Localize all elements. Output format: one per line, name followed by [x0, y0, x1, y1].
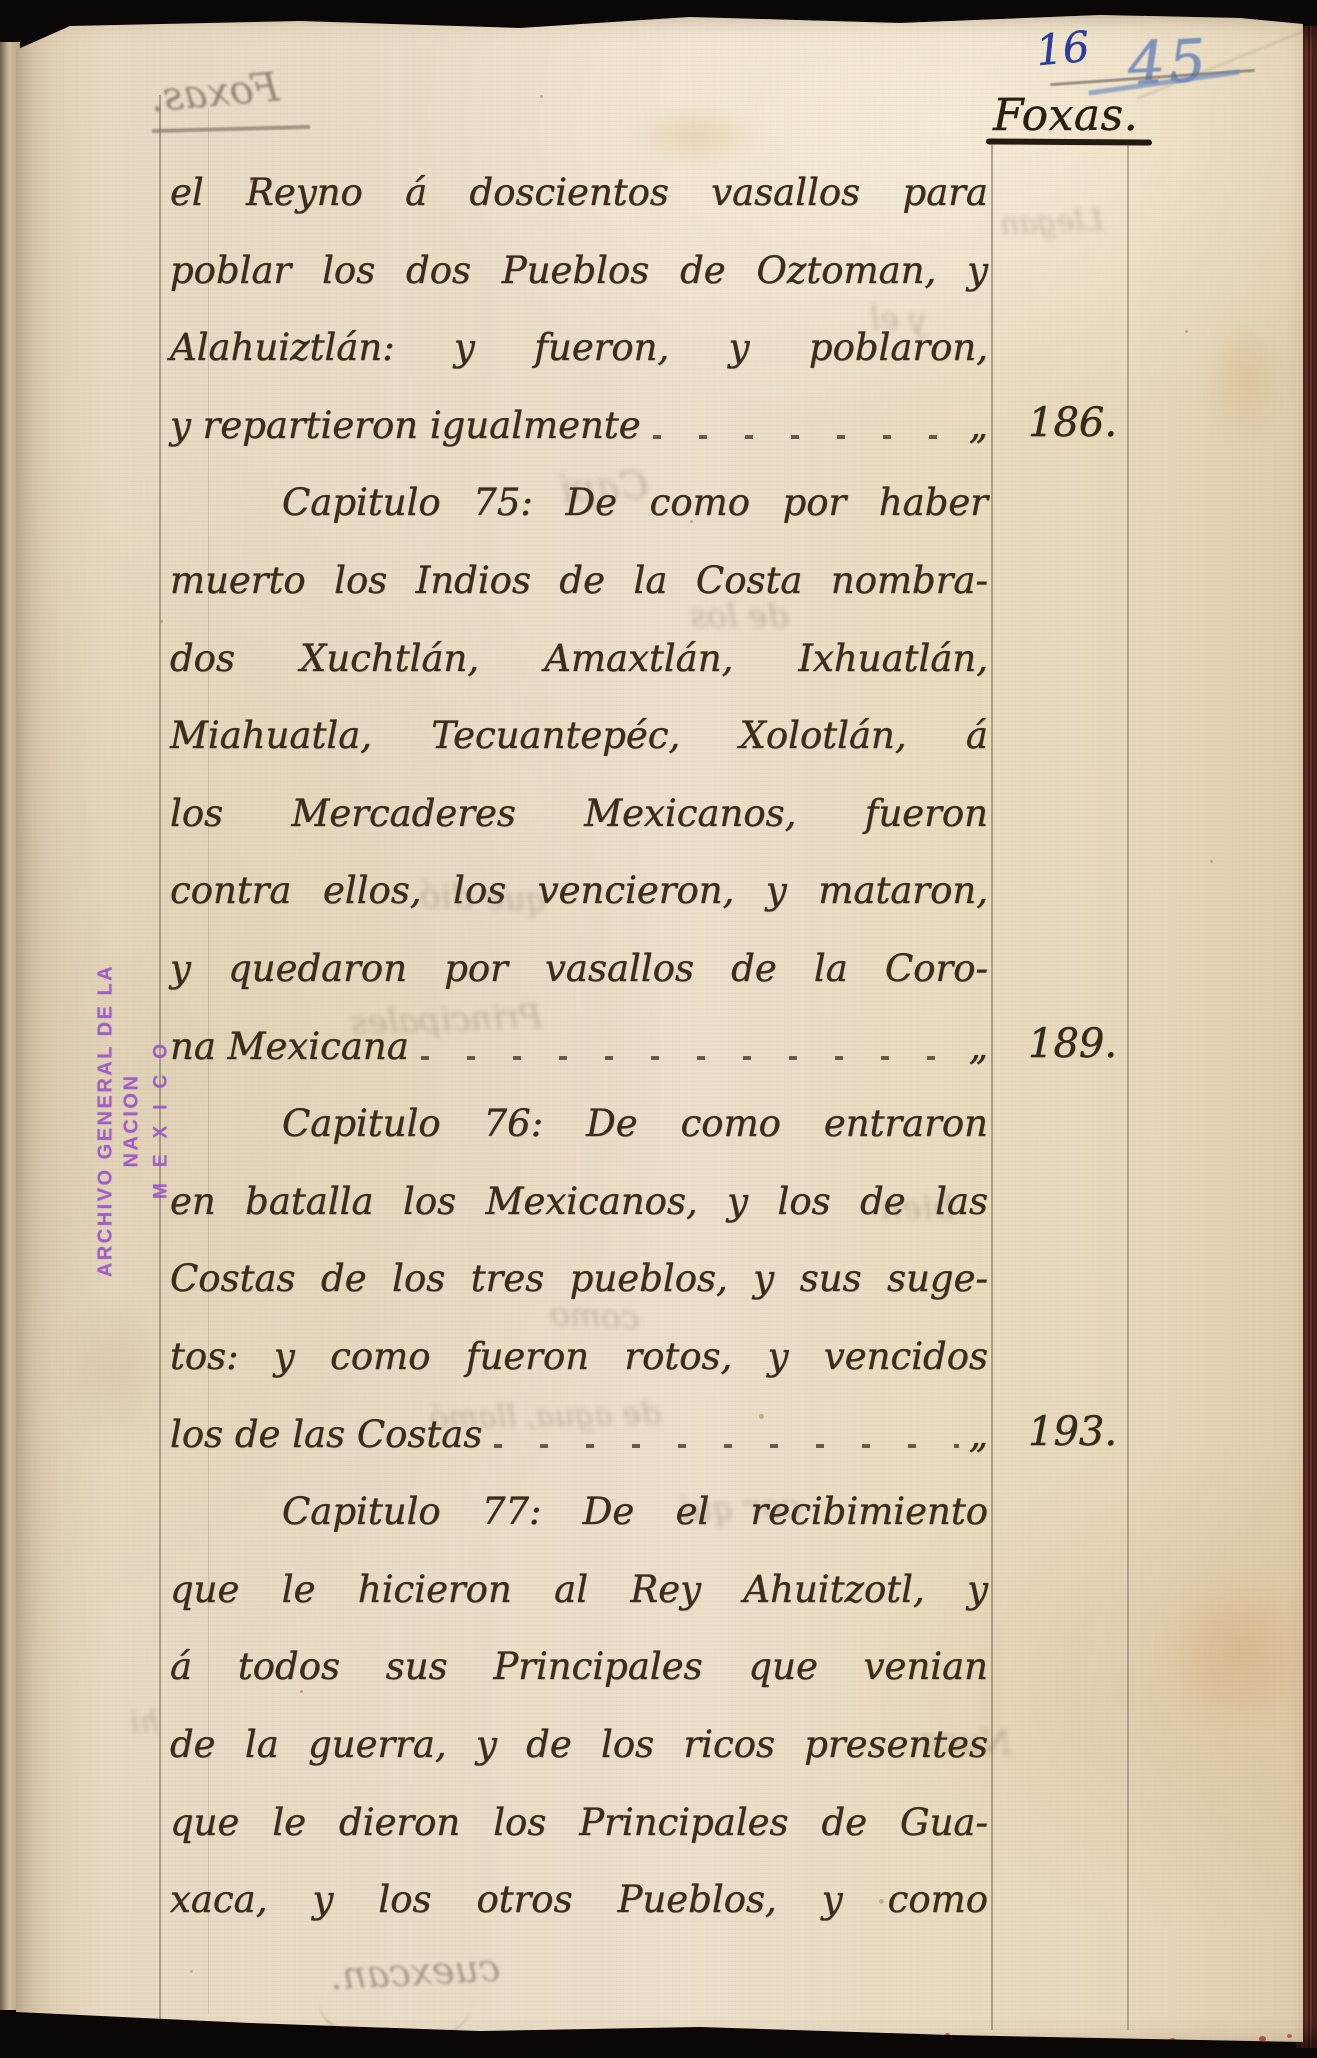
toc-line-text: na Mexicana	[170, 1024, 409, 1070]
stain	[600, 96, 790, 176]
toc-line: y repartieron igualmente„	[170, 403, 988, 449]
page-number: 189.	[1028, 1021, 1140, 1067]
stain	[1130, 1540, 1317, 1760]
bleed-through-ghost: hi	[130, 1705, 159, 1740]
leader-tail-mark: „	[969, 1024, 988, 1070]
mirrored-foxas-underline-bleed	[152, 125, 310, 133]
folio-number-blue: 16	[1034, 22, 1092, 75]
toc-line: que le dieron los Principales de Gua-	[170, 1800, 988, 1846]
toc-line: contra ellos, los vencieron, y mataron,	[170, 868, 988, 914]
toc-line: muerto los Indios de la Costa nombra-	[170, 558, 988, 604]
leader-tail-mark: „	[969, 1412, 988, 1458]
toc-line: dos Xuchtlán, Amaxtlán, Ixhuatlán,	[170, 636, 988, 682]
toc-line: Alahuiztlán: y fueron, y poblaron,	[170, 325, 988, 371]
toc-line: el Reyno á doscientos vasallos para	[170, 170, 988, 216]
toc-line: Capitulo 77: De el recibimiento	[170, 1489, 988, 1535]
folio-column-rule-left	[991, 142, 993, 2030]
toc-line-text: y repartieron igualmente	[170, 403, 641, 449]
foxas-underline	[986, 138, 1152, 145]
page-number: 186.	[1028, 400, 1140, 446]
toc-line: tos: y como fueron rotos, y vencidos	[170, 1334, 988, 1380]
toc-line: que le hicieron al Rey Ahuitzotl, y	[170, 1567, 988, 1613]
toc-line: Capitulo 76: De como entraron	[170, 1101, 988, 1147]
mirrored-foxas-bleed: Foxas.	[148, 64, 281, 121]
leader-tail-mark: „	[969, 403, 988, 449]
stamp-line-1: ARCHIVO GENERAL DE LA NACION	[93, 921, 145, 1321]
footer-flourish-bleed	[316, 1980, 475, 2045]
toc-line: xaca, y los otros Pueblos, y como	[170, 1877, 988, 1923]
toc-line: en batalla los Mexicanos, y los de las	[170, 1179, 988, 1225]
bleed-through-ghost: Llegan	[999, 203, 1104, 242]
toc-line: Miahuatla, Tecuantepéc, Xolotlán, á	[170, 713, 988, 759]
leader-dots	[494, 1444, 958, 1448]
toc-line: poblar los dos Pueblos de Oztoman, y	[170, 248, 988, 294]
toc-line: Costas de los tres pueblos, y sus suge-	[170, 1256, 988, 1302]
leader-dots	[653, 435, 959, 439]
archive-stamp: ARCHIVO GENERAL DE LA NACION MEXICO	[93, 921, 168, 1321]
toc-line: los de las Costas„	[170, 1412, 988, 1458]
page-number: 193.	[1028, 1409, 1140, 1455]
toc-line: y quedaron por vasallos de la Coro-	[170, 946, 988, 992]
toc-line: los Mercaderes Mexicanos, fueron	[170, 791, 988, 837]
toc-line-text: los de las Costas	[170, 1412, 482, 1458]
red-edge-specks	[945, 2033, 950, 2037]
foxas-title: Foxas.	[993, 90, 1138, 141]
stain	[1190, 290, 1300, 470]
toc-line: na Mexicana„	[170, 1024, 988, 1070]
leader-dots	[421, 1056, 959, 1060]
toc-line: á todos sus Principales que venian	[170, 1644, 988, 1690]
manuscript-page: Foxas. cuexcan. Llegan y el Capi de los …	[0, 0, 1317, 2058]
mirrored-footer-bleed: cuexcan.	[329, 1946, 501, 1999]
stamp-line-2: MEXICO	[145, 921, 179, 1321]
scanned-manuscript: Foxas. cuexcan. Llegan y el Capi de los …	[0, 0, 1317, 2058]
toc-line: Capitulo 75: De como por haber	[170, 480, 988, 526]
toc-line: de la guerra, y de los ricos presentes	[170, 1722, 988, 1768]
